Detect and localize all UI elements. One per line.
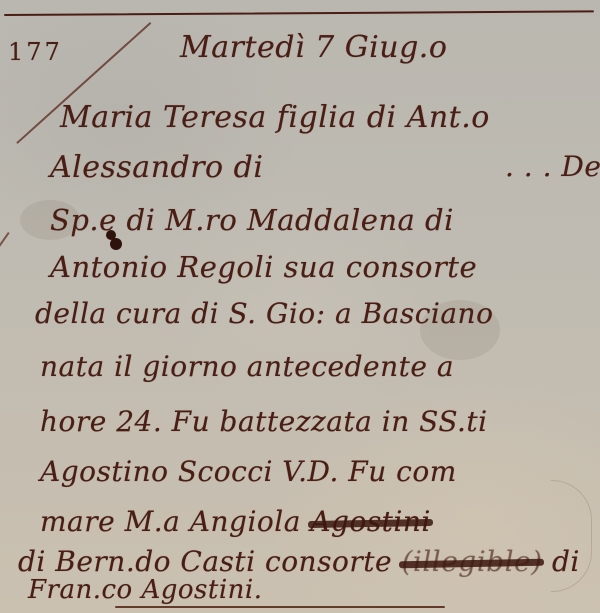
text-line-5: della cura di S. Gio: a Basciano bbox=[35, 297, 493, 330]
text-line-1: Maria Teresa figlia di Ant.o bbox=[60, 100, 490, 135]
text-line-4: Antonio Regoli sua consorte bbox=[50, 250, 477, 284]
text-line-2-end: . . . De bbox=[505, 150, 600, 183]
text-line-10-end: di bbox=[552, 545, 580, 578]
text-line-7: hore 24. Fu battezzata in SS.ti bbox=[40, 405, 488, 438]
text-line-8: Agostino Scocci V.D. Fu com bbox=[40, 455, 457, 488]
text-line-9: mare M.a Angiola Agostini bbox=[40, 505, 431, 538]
text-line-11: Fran.co Agostini. bbox=[28, 575, 262, 605]
struck-word: (illegible) bbox=[401, 545, 542, 578]
top-rule-line bbox=[4, 10, 594, 16]
closing-underline bbox=[115, 606, 445, 608]
margin-hook-mark bbox=[0, 232, 9, 266]
text-line-6: nata il giorno antecedente a bbox=[40, 350, 454, 383]
document-page: 177 Martedì 7 Giug.o Maria Teresa figlia… bbox=[0, 0, 600, 613]
text-line-9-main: mare M.a Angiola bbox=[40, 505, 301, 538]
struck-word: Agostini bbox=[310, 505, 431, 538]
date-heading: Martedì 7 Giug.o bbox=[180, 30, 447, 65]
entry-number: 177 bbox=[8, 38, 63, 66]
text-line-10: di Bern.do Casti consorte (illegible) di bbox=[18, 545, 580, 578]
text-line-2: Alessandro di bbox=[50, 150, 263, 185]
text-line-10-main: di Bern.do Casti consorte bbox=[18, 545, 392, 578]
ink-blot bbox=[110, 238, 122, 250]
